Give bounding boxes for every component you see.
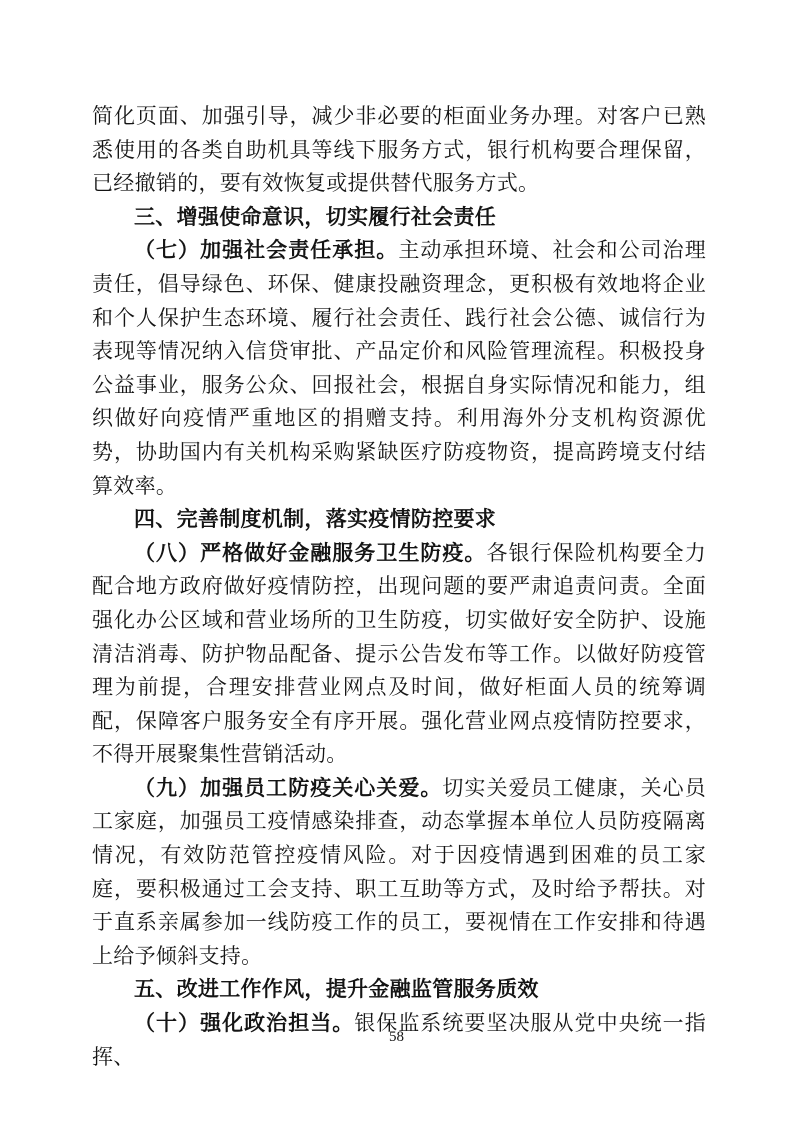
section-heading-5: 五、改进工作作风，提升金融监管服务质效 xyxy=(92,973,706,1007)
paragraph-item-8: （八）严格做好金融服务卫生防疫。各银行保险机构要全力配合地方政府做好疫情防控，出… xyxy=(92,537,706,772)
paragraph-item-7-text: 主动承担环境、社会和公司治理责任，倡导绿色、环保、健康投融资理念，更积极有效地将… xyxy=(92,238,706,497)
document-body: 简化页面、加强引导，减少非必要的柜面业务办理。对客户已熟悉使用的各类自助机具等线… xyxy=(92,100,706,1074)
paragraph-item-8-lead: （八）严格做好金融服务卫生防疫。 xyxy=(134,542,486,565)
paragraph-item-9: （九）加强员工防疫关心关爱。切实关爱员工健康，关心员工家庭，加强员工疫情感染排查… xyxy=(92,772,706,974)
paragraph-item-9-lead: （九）加强员工防疫关心关爱。 xyxy=(134,777,442,800)
section-heading-3: 三、增强使命意识，切实履行社会责任 xyxy=(92,201,706,235)
paragraph-item-9-text: 切实关爱员工健康，关心员工家庭，加强员工疫情感染排查，动态掌握本单位人员防疫隔离… xyxy=(92,776,706,968)
paragraph-item-7: （七）加强社会责任承担。主动承担环境、社会和公司治理责任，倡导绿色、环保、健康投… xyxy=(92,234,706,503)
section-heading-4: 四、完善制度机制，落实疫情防控要求 xyxy=(92,503,706,537)
document-page: 简化页面、加强引导，减少非必要的柜面业务办理。对客户已熟悉使用的各类自助机具等线… xyxy=(0,0,793,1121)
paragraph-item-7-lead: （七）加强社会责任承担。 xyxy=(134,239,398,262)
paragraph-continuation: 简化页面、加强引导，减少非必要的柜面业务办理。对客户已熟悉使用的各类自助机具等线… xyxy=(92,100,706,201)
page-number: 58 xyxy=(0,1028,793,1046)
paragraph-item-8-text: 各银行保险机构要全力配合地方政府做好疫情防控，出现问题的要严肃追责问责。全面强化… xyxy=(92,541,706,767)
